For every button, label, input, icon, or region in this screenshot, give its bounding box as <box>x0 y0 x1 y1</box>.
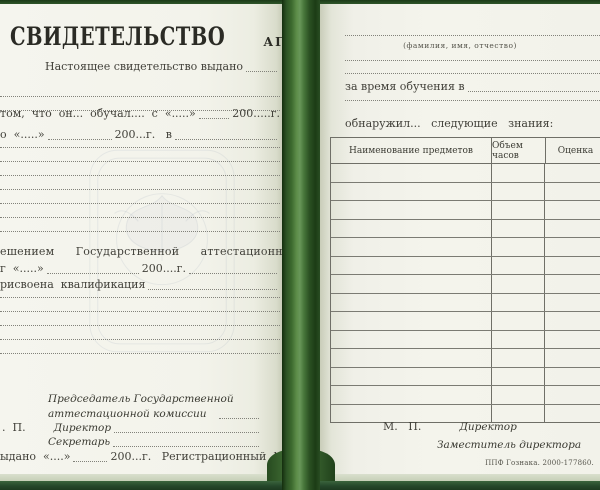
table-row <box>331 220 600 239</box>
certificate-booklet-scan: СВИДЕТЕЛЬСТВО АГ № 460375 Настоящее свид… <box>0 0 600 490</box>
chairman-title-line2: аттестационной комиссии <box>48 407 262 420</box>
signature-dotted-line <box>114 430 259 433</box>
studied-to-line: о «.....» 200...г. в <box>0 128 280 141</box>
dotted-writing-line <box>0 339 280 340</box>
dotted-writing-line <box>0 96 280 97</box>
dotted-leader <box>189 271 277 274</box>
director-signature-row: М. П. Директор <box>383 420 590 433</box>
table-row <box>331 238 600 257</box>
subjects-table: Наименование предметов Объем часов Оценк… <box>330 137 600 423</box>
table-row <box>331 201 600 220</box>
studied-to-text: о «.....» <box>0 129 45 141</box>
dotted-writing-line <box>345 60 600 61</box>
dotted-writing-line <box>345 100 600 101</box>
decision-date-text: г «.....» <box>0 263 44 275</box>
column-header-hours: Объем часов <box>492 138 546 163</box>
issue-date-text: ыдано «....» <box>0 451 70 463</box>
column-header-grade: Оценка <box>546 138 600 163</box>
dotted-writing-line <box>0 161 280 162</box>
dotted-writing-line <box>345 73 600 74</box>
dotted-writing-line <box>0 297 280 298</box>
imprint-row: ППФ Гознака. 2000-177860. <box>500 456 594 469</box>
subjects-table-header: Наименование предметов Объем часов Оценк… <box>331 138 600 164</box>
dotted-writing-line <box>0 189 280 190</box>
dotted-writing-line <box>0 311 280 312</box>
table-row <box>331 331 600 350</box>
dotted-leader <box>73 459 107 462</box>
column-header-subjects: Наименование предметов <box>331 138 492 163</box>
seal-mark: М. П. <box>383 421 421 433</box>
certificate-title-row: СВИДЕТЕЛЬСТВО АГ № 460375 <box>10 26 282 51</box>
dotted-leader <box>199 116 229 119</box>
goznak-imprint: ППФ Гознака. 2000-177860. <box>485 457 594 469</box>
left-page: СВИДЕТЕЛЬСТВО АГ № 460375 Настоящее свид… <box>0 4 282 474</box>
signature-dotted-line <box>113 444 259 447</box>
studied-from-line: том, что он... обучал.... с «.....» 200.… <box>0 107 280 120</box>
dotted-writing-line <box>0 217 280 218</box>
signature-dotted-line <box>219 416 260 419</box>
dotted-writing-line <box>0 147 280 148</box>
dotted-leader <box>148 287 277 290</box>
table-row <box>331 183 600 202</box>
dotted-writing-line <box>0 353 280 354</box>
commission-decision-text: ешением Государственной аттестационной к… <box>0 246 282 258</box>
training-period-label: за время обучения в <box>345 81 465 93</box>
issued-to-line: Настоящее свидетельство выдано <box>45 60 280 73</box>
table-row <box>331 257 600 276</box>
certificate-series: АГ <box>263 35 282 49</box>
table-row <box>331 294 600 313</box>
director-label: Директор <box>54 422 112 434</box>
booklet-spine <box>282 0 320 490</box>
full-name-line <box>345 35 600 36</box>
decision-date-year: 200....г. <box>142 263 186 275</box>
qualification-line: рисвоена квалификация <box>0 278 280 291</box>
decision-date-line: г «.....» 200....г. <box>0 262 280 275</box>
dotted-leader <box>468 89 599 92</box>
dotted-writing-line <box>0 203 280 204</box>
deputy-director-row: Заместитель директора <box>437 438 590 451</box>
studied-from-text: том, что он... обучал.... с «.....» <box>0 108 196 120</box>
issue-date-registration-line: ыдано «....» 200...г. Регистрационный № <box>0 450 262 463</box>
chairman-label-1: Председатель Государственной <box>48 393 234 405</box>
chairman-title-line1: Председатель Государственной <box>48 392 262 405</box>
dotted-leader <box>48 137 112 140</box>
issued-to-label: Настоящее свидетельство выдано <box>45 61 243 73</box>
chairman-label-2: аттестационной комиссии <box>48 408 207 420</box>
certificate-title: СВИДЕТЕЛЬСТВО <box>10 22 225 51</box>
secretary-label: Секретарь <box>48 436 110 448</box>
director-signature-line: . П. Директор <box>2 421 262 434</box>
secretary-signature-line: Секретарь <box>48 435 262 448</box>
table-row <box>331 164 600 183</box>
subjects-table-body <box>331 164 600 422</box>
table-row <box>331 386 600 405</box>
right-page: (фамилия, имя, отчество) за время обучен… <box>320 4 600 474</box>
training-period-line: за время обучения в <box>345 80 600 93</box>
commission-decision-line: ешением Государственной аттестационной к… <box>0 245 280 258</box>
director-label: Директор <box>459 421 517 433</box>
studied-to-year: 200...г. в <box>115 129 172 141</box>
table-row <box>331 312 600 331</box>
dotted-leader <box>246 69 277 72</box>
dotted-writing-line <box>0 325 280 326</box>
dotted-leader <box>175 137 277 140</box>
qualification-label: рисвоена квалификация <box>0 279 145 291</box>
table-row <box>331 349 600 368</box>
dotted-leader <box>47 271 139 274</box>
table-row <box>331 368 600 387</box>
knowledge-line: обнаружил... следующие знания: <box>345 117 600 130</box>
full-name-caption: (фамилия, имя, отчество) <box>320 41 600 50</box>
table-row <box>331 275 600 294</box>
dotted-writing-line <box>0 231 280 232</box>
studied-from-year: 200.....г. <box>232 108 280 120</box>
seal-mark: . П. <box>2 422 26 434</box>
knowledge-label: обнаружил... следующие знания: <box>345 118 553 130</box>
deputy-director-label: Заместитель директора <box>437 439 581 451</box>
registration-number-label: 200...г. Регистрационный № <box>110 451 282 463</box>
dotted-writing-line <box>0 175 280 176</box>
